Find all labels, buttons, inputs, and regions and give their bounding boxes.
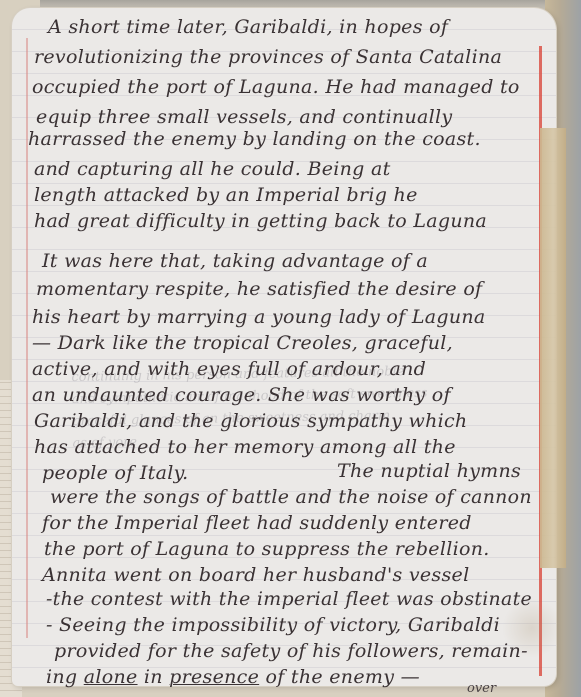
text-line: — Dark like the tropical Creoles, gracef… (32, 332, 453, 354)
text-line: and capturing all he could. Being at (34, 158, 391, 180)
text-line: has attached to her memory among all the (34, 436, 456, 458)
text-line: active, and with eyes full of ardour, an… (32, 358, 426, 380)
catchword: over (467, 681, 496, 696)
text-line: had great difficulty in getting back to … (34, 210, 487, 232)
text-line: A short time later, Garibaldi, in hopes … (48, 16, 448, 38)
repair-tape (540, 128, 566, 568)
manuscript-page: continuing in his person and features al… (12, 8, 556, 686)
text-line: equip three small vessels, and continual… (36, 106, 452, 128)
text-line: occupied the port of Laguna. He had mana… (32, 76, 520, 98)
text-line: momentary respite, he satisfied the desi… (36, 278, 482, 300)
text-line: Annita went on board her husband's vesse… (42, 564, 469, 586)
text-line: revolutionizing the provinces of Santa C… (34, 46, 502, 68)
text-line: an undaunted courage. She was worthy of (32, 384, 451, 406)
text-line: the port of Laguna to suppress the rebel… (44, 538, 490, 560)
underlined-word: presence (169, 666, 259, 688)
text-line: The nuptial hymns (337, 460, 521, 482)
text-line: people of Italy. (42, 462, 188, 484)
text-line: ing alone in presence of the enemy — (46, 666, 420, 688)
text-line: his heart by marrying a young lady of La… (32, 306, 486, 328)
text-line: for the Imperial fleet had suddenly ente… (42, 512, 472, 534)
text-line: It was here that, taking advantage of a (42, 250, 428, 272)
text-line: harrassed the enemy by landing on the co… (28, 128, 481, 150)
text-line: -the contest with the imperial fleet was… (46, 588, 532, 610)
text-line: length attacked by an Imperial brig he (34, 184, 418, 206)
text-line: - Seeing the impossibility of victory, G… (46, 614, 500, 636)
underlined-word: alone (84, 666, 138, 688)
text-line: Garibaldi, and the glorious sympathy whi… (34, 410, 467, 432)
text-line: provided for the safety of his followers… (54, 640, 528, 662)
text-line: were the songs of battle and the noise o… (50, 486, 532, 508)
